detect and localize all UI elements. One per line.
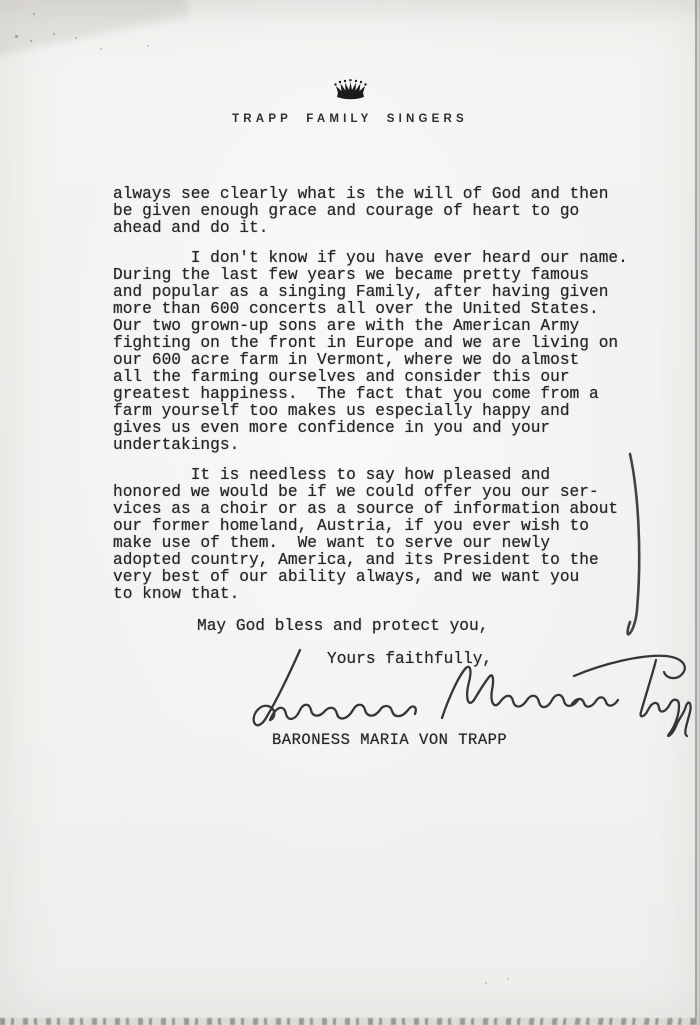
- paper-speck: [30, 40, 32, 42]
- letter-paragraphs: always see clearly what is the will of G…: [113, 186, 658, 603]
- letterhead: TRAPP FAMILY SINGERS: [0, 78, 700, 125]
- text-line: make use of them. We want to serve our n…: [113, 535, 658, 552]
- paper-speck: [33, 13, 35, 15]
- letter-body: always see clearly what is the will of G…: [113, 186, 658, 668]
- letter-page: TRAPP FAMILY SINGERS always see clearly …: [0, 0, 700, 1025]
- text-line: During the last few years we became pret…: [113, 267, 658, 284]
- paper-speck: [53, 33, 55, 35]
- letterhead-brand: TRAPP FAMILY SINGERS: [0, 113, 700, 125]
- text-line: fighting on the front in Europe and we a…: [113, 335, 658, 352]
- text-line: gives us even more confidence in you and…: [113, 420, 658, 437]
- text-line: very best of our ability always, and we …: [113, 569, 658, 586]
- margin-pen-mark: [618, 448, 652, 644]
- text-line: I don't know if you have ever heard our …: [113, 250, 658, 267]
- text-line: our former homeland, Austria, if you eve…: [113, 518, 658, 535]
- text-line: more than 600 concerts all over the Unit…: [113, 301, 658, 318]
- text-line: vices as a choir or as a source of infor…: [113, 501, 658, 518]
- text-line: be given enough grace and courage of hea…: [113, 203, 658, 220]
- text-line: honored we would be if we could offer yo…: [113, 484, 658, 501]
- paper-speck: [507, 978, 509, 980]
- paper-edge-line: [695, 0, 697, 1025]
- paper-speck: [15, 35, 18, 38]
- typed-name: BARONESS MARIA VON TRAPP: [272, 731, 507, 749]
- paragraph: It is needless to say how pleased andhon…: [113, 467, 658, 603]
- text-line: ahead and do it.: [113, 220, 658, 237]
- blessing-line: May God bless and protect you,: [197, 618, 658, 635]
- paper-speck: [75, 37, 77, 39]
- paper-torn-edge: [0, 1018, 700, 1025]
- valediction-line: Yours faithfully,: [327, 651, 658, 668]
- paper-speck: [147, 45, 149, 47]
- paper-crease: [0, 0, 190, 56]
- crown-icon: [332, 78, 369, 103]
- text-line: to know that.: [113, 586, 658, 603]
- text-line: farm yourself too makes us especially ha…: [113, 403, 658, 420]
- text-line: all the farming ourselves and consider t…: [113, 369, 658, 386]
- text-line: and popular as a singing Family, after h…: [113, 284, 658, 301]
- paper-speck: [485, 982, 487, 984]
- paper-speck: [100, 48, 102, 50]
- text-line: adopted country, America, and its Presid…: [113, 552, 658, 569]
- text-line: our 600 acre farm in Vermont, where we d…: [113, 352, 658, 369]
- text-line: Our two grown-up sons are with the Ameri…: [113, 318, 658, 335]
- text-line: greatest happiness. The fact that you co…: [113, 386, 658, 403]
- text-line: It is needless to say how pleased and: [113, 467, 658, 484]
- text-line: undertakings.: [113, 437, 658, 454]
- paragraph: always see clearly what is the will of G…: [113, 186, 658, 237]
- paragraph: I don't know if you have ever heard our …: [113, 250, 658, 454]
- text-line: always see clearly what is the will of G…: [113, 186, 658, 203]
